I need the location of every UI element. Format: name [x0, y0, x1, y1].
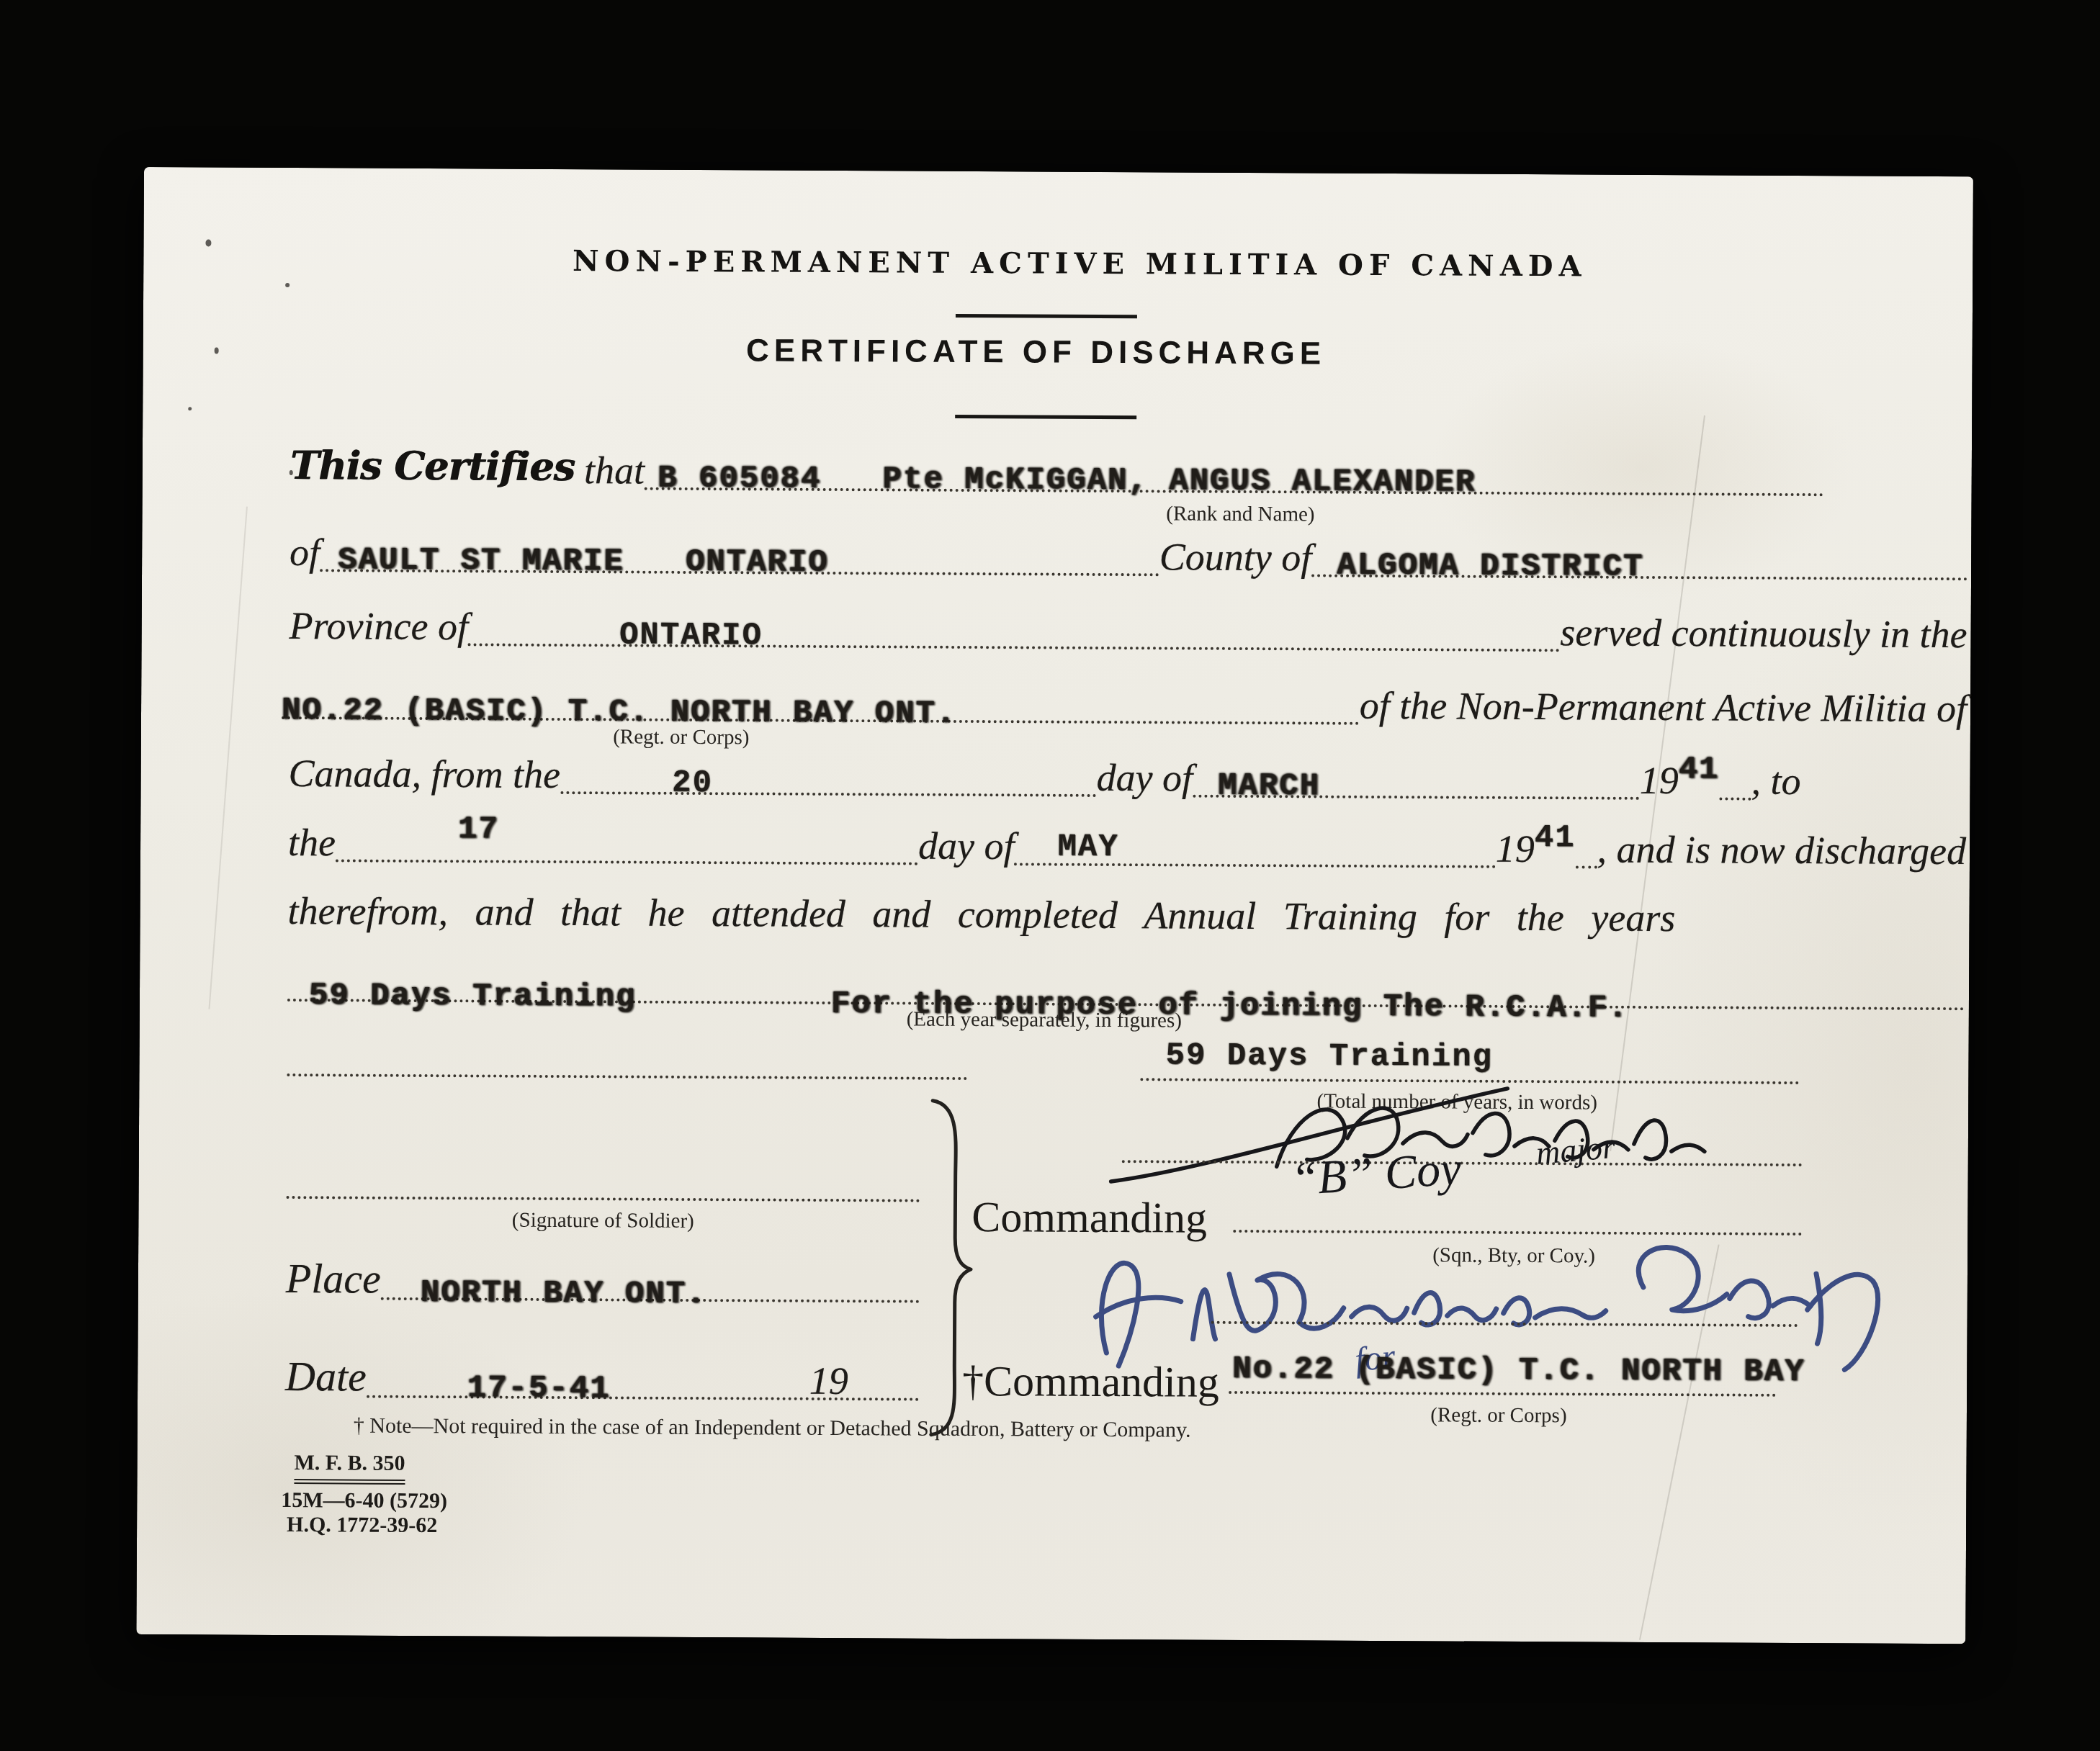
certifies-lead: This Certifies — [290, 442, 575, 490]
year-printed: 19 — [1640, 761, 1679, 800]
org-title: NON-PERMANENT ACTIVE MILITIA OF CANADA — [573, 244, 1587, 283]
unit-line: NO.22 (BASIC) T.C. NORTH BAY ONT. of the… — [282, 673, 1967, 728]
year-printed-2: 19 — [1496, 829, 1535, 868]
to-year-dots — [1575, 819, 1597, 868]
total-line-left — [287, 1073, 967, 1080]
commanding-officer-signature — [1104, 1081, 1825, 1192]
form-code: M. F. B. 350 — [294, 1451, 405, 1485]
the-label: the — [288, 823, 336, 862]
to-month-value: MAY — [1057, 832, 1118, 863]
province-field: ONTARIO — [468, 597, 1561, 652]
province-value: ONTARIO — [619, 619, 763, 652]
to-comma: , to — [1751, 762, 1800, 801]
residence-line: of SAULT ST MARIE ONTARIO County of ALGO… — [290, 526, 1967, 580]
date-value: 17-5-41 — [467, 1372, 611, 1405]
rank-name-caption: (Rank and Name) — [1166, 502, 1314, 526]
training-line: 59 Days Training For the purpose of join… — [287, 955, 1965, 1010]
rank-name-line: This Certifies that B 605084 Pte McKIGGA… — [290, 442, 1824, 496]
paper-speck — [188, 407, 192, 410]
of-label: of — [290, 533, 320, 572]
unit2-line — [1229, 1391, 1776, 1397]
place-line: Place NORTH BAY ONT. — [286, 1253, 920, 1303]
commanding2-label: †Commanding — [962, 1356, 1219, 1408]
training-words-value: 59 Days Training — [1165, 1040, 1493, 1073]
from-month-value: MARCH — [1218, 770, 1320, 803]
date-field: 17-5-41 19 — [367, 1349, 920, 1401]
footnote: † Note—Not required in the case of an In… — [354, 1414, 1191, 1443]
to-year-value: 41 — [1535, 822, 1576, 854]
residence-value: SAULT ST MARIE ONTARIO — [338, 544, 829, 579]
to-month-field: MAY — [1014, 816, 1496, 868]
province-label: Province of — [290, 606, 469, 646]
date-line: Date 17-5-41 19 — [285, 1351, 919, 1401]
county-value: ALGOMA DISTRICT — [1337, 550, 1643, 583]
from-year-dots — [1719, 751, 1751, 800]
paper-speck — [285, 283, 290, 287]
each-year-caption: (Each year separately, in figures) — [907, 1008, 1182, 1033]
from-day-value: 20 — [672, 768, 713, 799]
doc-title: CERTIFICATE OF DISCHARGE — [746, 333, 1326, 372]
to-day-value: 17 — [458, 814, 499, 845]
header-rule-2 — [955, 415, 1136, 419]
paper-speck — [215, 348, 219, 354]
header-rule — [956, 314, 1137, 318]
canada-from-text: Canada, from the — [288, 754, 560, 794]
discharged-text: , and is now discharged — [1597, 830, 1966, 871]
paper-speck — [205, 239, 211, 246]
county-field: ALGOMA DISTRICT — [1311, 528, 1967, 580]
county-label: County of — [1159, 537, 1312, 577]
training-figures-value: 59 Days Training — [309, 980, 637, 1013]
residence-field: SAULT ST MARIE ONTARIO — [320, 523, 1159, 576]
from-month-field: MARCH — [1193, 749, 1640, 800]
therefrom-text: therefrom, and that he attended and comp… — [287, 891, 1675, 937]
day-of-label-2: day of — [918, 827, 1015, 866]
rank-name-value: B 605084 Pte McKIGGAN, ANGUS ALEXANDER — [658, 463, 1476, 499]
soldier-sig-line — [286, 1196, 920, 1202]
print-run-code: 15M—6-40 (5729) — [281, 1488, 447, 1513]
soldier-sig-caption: (Signature of Soldier) — [512, 1209, 694, 1233]
coy-value: “B” Coy — [1289, 1141, 1463, 1207]
certifies-that: that — [575, 451, 645, 490]
regt2-caption: (Regt. or Corps) — [1430, 1403, 1566, 1428]
certificate-paper: NON-PERMANENT ACTIVE MILITIA OF CANADA C… — [136, 167, 1973, 1644]
photo-of-certificate: { "header": { "org": "NON-PERMANENT ACTI… — [0, 0, 2100, 1751]
rank-name-field: B 605084 Pte McKIGGAN, ANGUS ALEXANDER — [645, 441, 1824, 497]
place-value: NORTH BAY ONT. — [421, 1277, 707, 1310]
date-label: Date — [285, 1356, 367, 1398]
to-day-field: 17 — [336, 813, 918, 865]
major-note: major — [1535, 1127, 1617, 1172]
from-date-line: Canada, from the 20 day of MARCH 19 41 ,… — [288, 747, 1800, 801]
grouping-brace — [921, 1097, 974, 1439]
date-year-printed: 19 — [809, 1361, 848, 1400]
unit2-value: No.22 (BASIC) T.C. NORTH BAY — [1232, 1354, 1805, 1388]
to-date-line: the 17 day of MAY 19 41 , and is now dis… — [288, 816, 1966, 870]
day-of-label: day of — [1097, 758, 1193, 798]
place-field: NORTH BAY ONT. — [381, 1251, 920, 1303]
militia-text: of the Non-Permanent Active Militia of — [1360, 686, 1967, 728]
training-field: 59 Days Training For the purpose of join… — [287, 953, 1965, 1010]
served-text: served continuously in the — [1560, 613, 1967, 654]
hq-code: H.Q. 1772-39-62 — [287, 1513, 437, 1538]
from-year-value: 41 — [1679, 754, 1720, 786]
province-line: Province of ONTARIO served continuously … — [290, 599, 1967, 654]
paper-scratch — [208, 507, 247, 1009]
place-label: Place — [286, 1258, 381, 1300]
unit-field: NO.22 (BASIC) T.C. NORTH BAY ONT. — [282, 670, 1360, 725]
from-day-field: 20 — [560, 745, 1097, 797]
